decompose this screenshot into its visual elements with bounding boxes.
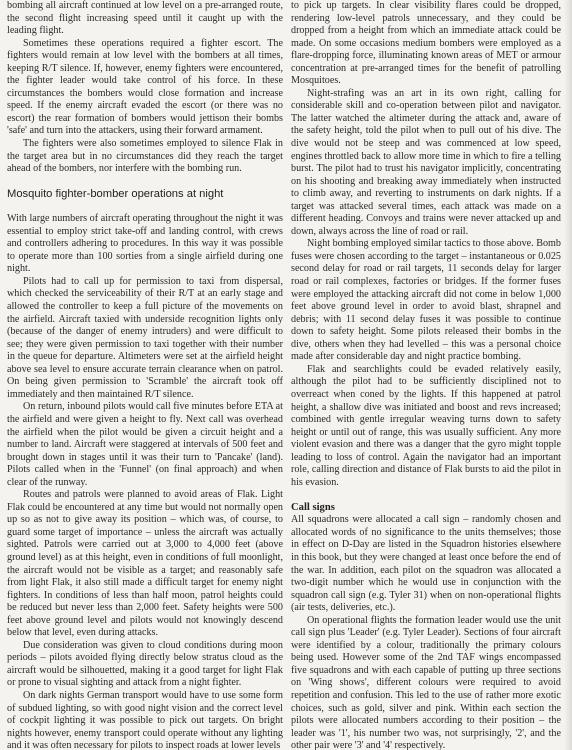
paragraph: Night-strafing was an art in its own rig…: [291, 88, 561, 239]
paragraph: Flak and searchlights could be evaded re…: [291, 364, 561, 489]
paragraph: All squadrons were allocated a call sign…: [291, 514, 561, 614]
paragraph: Pilots had to call up for permission to …: [7, 276, 283, 401]
section-heading-call-signs: Call signs: [291, 502, 561, 515]
section-heading-night-operations: Mosquito fighter-bomber operations at ni…: [7, 188, 283, 201]
paragraph: Night bombing employed similar tactics t…: [291, 238, 561, 363]
paragraph: On dark nights German transport would ha…: [7, 690, 283, 750]
paragraph: With large numbers of aircraft operating…: [7, 213, 283, 276]
paragraph: to pick up targets. In clear visibility …: [291, 0, 561, 88]
right-column: to pick up targets. In clear visibility …: [291, 0, 561, 750]
paragraph: On operational flights the formation lea…: [291, 615, 561, 750]
paragraph: Due consideration was given to cloud con…: [7, 640, 283, 690]
left-column: bombing all aircraft continued at low le…: [7, 0, 283, 750]
paragraph: Sometimes these operations required a fi…: [7, 38, 283, 138]
paragraph: The fighters were also sometimes employe…: [7, 138, 283, 176]
paragraph: Routes and patrols were planned to avoid…: [7, 489, 283, 640]
paragraph: On return, inbound pilots would call fiv…: [7, 401, 283, 489]
paragraph: bombing all aircraft continued at low le…: [7, 0, 283, 38]
page-edge-shadow: [564, 0, 572, 750]
